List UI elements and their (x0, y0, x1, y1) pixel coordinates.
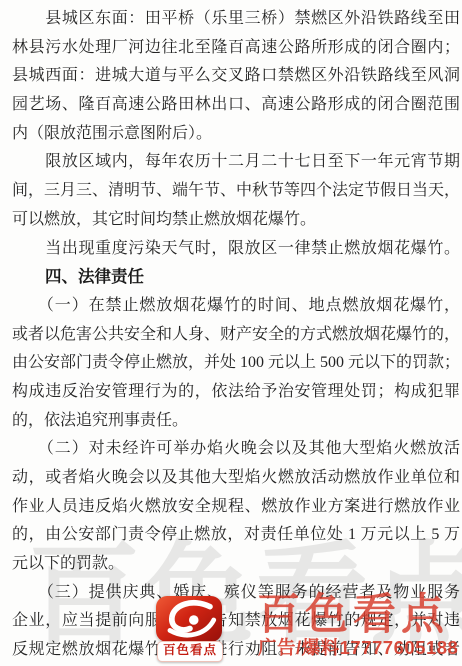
section-heading-line: 四、法律责任 (12, 263, 460, 292)
text-line: 或者以危害公共安全和人身、财产安全的方式燃放烟花爆竹的， (12, 321, 460, 350)
text-line: 内（限放范围示意图附后）。 (12, 120, 460, 149)
text-line: 动，或者焰火晚会以及其他大型焰火燃放活动燃放作业单位和 (12, 464, 460, 493)
text-line: 元以下的罚款。 (12, 550, 460, 579)
text-line: （一）在禁止燃放烟花爆竹的时间、地点燃放烟花爆竹， (12, 292, 460, 321)
text-line: 构成违反治安管理行为的，依法给予治安管理处罚；构成犯罪 (12, 378, 460, 407)
text-line: 园艺场、隆百高速公路田林出口、高速公路形成的闭合圈范围 (12, 91, 460, 120)
text-line: 林县污水处理厂河边往北至隆百高速公路所形成的闭合圈内； (12, 34, 460, 63)
baise-kandian-logo: 百色看点 (156, 596, 224, 662)
text-line: 的，由公安部门责令停止燃放，对责任单位处 1 万元以上 5 万 (12, 521, 460, 550)
watermark-brand-text: 百色看点 (257, 592, 449, 638)
text-line: 可以燃放，其它时间均禁止燃放烟花爆竹。 (12, 206, 460, 235)
document-page: 百色看点 县城区东面：田平桥（乐里三桥）禁燃区外沿铁路线至田林县污水处理厂河边往… (0, 0, 462, 666)
text-line: 限放区域内，每年农历十二月二十七日至下一年元宵节期 (12, 148, 460, 177)
text-line: 的，依法追究刑事责任。 (12, 407, 460, 436)
text-line: 当出现重度污染天气时，限放区一律禁止燃放烟花爆竹。 (12, 235, 460, 264)
text-line: 县城区东面：田平桥（乐里三桥）禁燃区外沿铁路线至田 (12, 5, 460, 34)
swirl-eye-icon (160, 599, 218, 639)
text-line: 作业人员违反焰火燃放安全规程、燃放作业方案进行燃放作业 (12, 493, 460, 522)
logo-caption: 百色看点 (157, 641, 223, 662)
watermark-contact-text: 广告/爆料17777605188 (258, 637, 458, 659)
logo-red-tile (156, 596, 222, 642)
text-line: 由公安部门责令停止燃放，并处 100 元以上 500 元以下的罚款； (12, 349, 460, 378)
text-line: 间，三月三、清明节、端午节、中秋节等四个法定节假日当天， (12, 177, 460, 206)
text-line: （二）对未经许可举办焰火晚会以及其他大型焰火燃放活 (12, 435, 460, 464)
document-body: 县城区东面：田平桥（乐里三桥）禁燃区外沿铁路线至田林县污水处理厂河边往北至隆百高… (12, 5, 460, 665)
text-line: 县城西面：进城大道与平么交叉路口禁燃区外沿铁路线至风洞 (12, 62, 460, 91)
